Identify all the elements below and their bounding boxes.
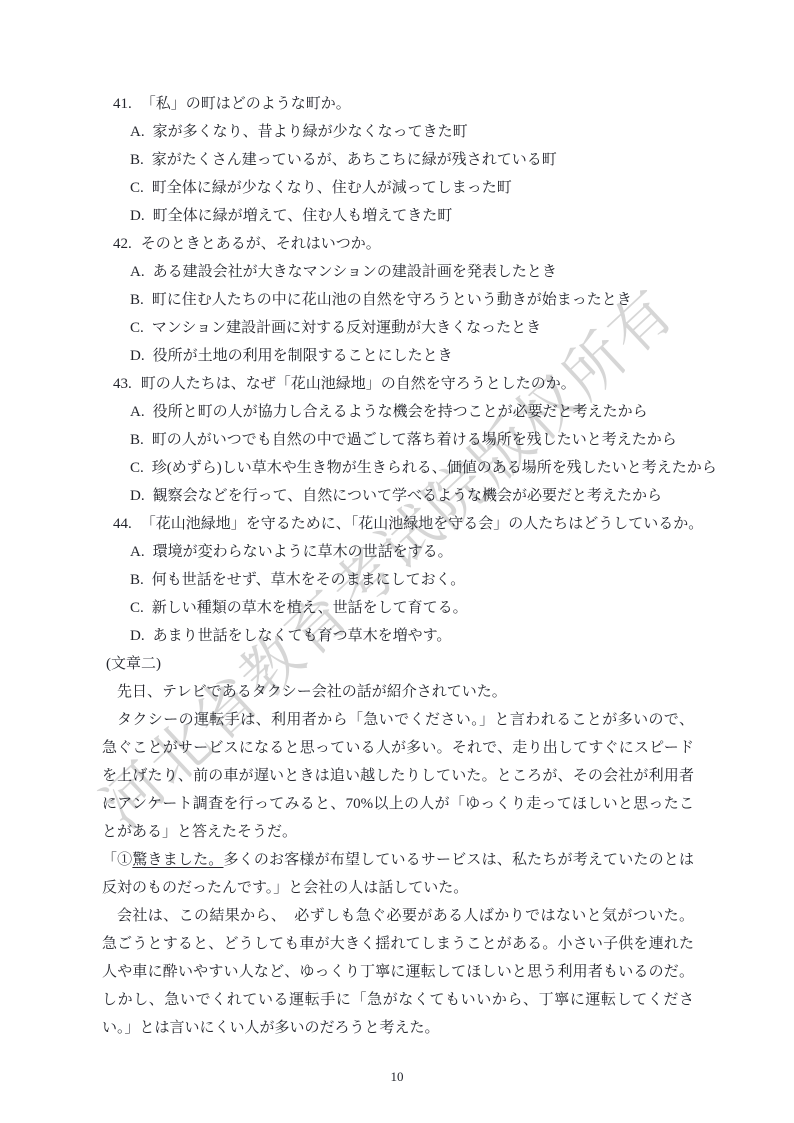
option-text: ある建設会社が大きなマンションの建設計画を発表したとき (153, 264, 557, 280)
option-label: D. (130, 348, 145, 364)
option-label: D. (130, 628, 145, 644)
passage-paragraph-2: タクシーの運転手は、利用者から「急いでください。」と言われることが多いので、急ぐ… (102, 706, 694, 846)
option-row: C.新しい種類の草木を植え、世話をして育てる。 (130, 594, 694, 622)
option-text: 役所と町の人が協力し合えるような機会を持つことが必要だと考えたから (153, 404, 648, 420)
option-label: D. (130, 208, 145, 224)
passage-paragraph-quote: 「①驚きました。多くのお客様が布望しているサービスは、私たちが考えていたのとは反… (102, 846, 694, 902)
question-text: 町の人たちは、なぜ「花山池緑地」の自然を守ろうとしたのか。 (141, 376, 576, 392)
option-text: 町全体に緑が少なくなり、住む人が減ってしまった町 (152, 180, 512, 196)
page-number: 10 (0, 1069, 794, 1085)
option-row: D.観察会などを行って、自然について学べるような機会が必要だと考えたから (130, 482, 694, 510)
passage-paragraph-1: 先日、テレビであるタクシー会社の話が紹介されていた。 (102, 678, 694, 706)
option-row: A.ある建設会社が大きなマンションの建設計画を発表したとき (130, 258, 694, 286)
option-text: 何も世話をせず、草木をそのままにしておく。 (152, 572, 466, 588)
option-text: 新しい種類の草木を植え、世話をして育てる。 (152, 600, 468, 616)
option-label: C. (130, 180, 144, 196)
option-row: A.役所と町の人が協力し合えるような機会を持つことが必要だと考えたから (130, 398, 694, 426)
exam-page: 河北省教育考试院版权所有 41.「私」の町はどのような町か。 A.家が多くなり、… (0, 0, 794, 1123)
option-label: A. (130, 264, 145, 280)
option-label: C. (130, 600, 144, 616)
question-number: 42. (113, 236, 132, 252)
option-label: B. (130, 152, 144, 168)
option-text: 家が多くなり、昔より緑が少なくなってきた町 (153, 124, 468, 140)
passage-section-label: (文章二) (106, 650, 694, 678)
question-number: 44. (113, 516, 132, 532)
question-41: 41.「私」の町はどのような町か。 A.家が多くなり、昔より緑が少なくなってきた… (102, 90, 694, 230)
option-row: C.マンション建設計画に対する反対運動が大きくなったとき (130, 314, 694, 342)
question-43: 43.町の人たちは、なぜ「花山池緑地」の自然を守ろうとしたのか。 A.役所と町の… (102, 370, 694, 510)
option-text: 役所が土地の利用を制限することにしたとき (153, 348, 453, 364)
option-row: B.町の人がいつでも自然の中で過ごして落ち着ける場所を残したいと考えたから (130, 426, 694, 454)
question-stem: 42.そのときとあるが、それはいつか。 (113, 230, 694, 258)
option-label: A. (130, 124, 145, 140)
option-label: C. (130, 320, 144, 336)
option-text: 珍(めずら)しい草木や生き物が生きられる、価値のある場所を残したいと考えたから (152, 460, 717, 476)
page-content: 41.「私」の町はどのような町か。 A.家が多くなり、昔より緑が少なくなってきた… (102, 90, 694, 1042)
question-text: そのときとあるが、それはいつか。 (141, 236, 381, 252)
option-row: D.役所が土地の利用を制限することにしたとき (130, 342, 694, 370)
option-label: A. (130, 544, 145, 560)
option-row: D.町全体に緑が増えて、住む人も増えてきた町 (130, 202, 694, 230)
option-row: B.何も世話をせず、草木をそのままにしておく。 (130, 566, 694, 594)
question-stem: 43.町の人たちは、なぜ「花山池緑地」の自然を守ろうとしたのか。 (113, 370, 694, 398)
option-text: 町の人がいつでも自然の中で過ごして落ち着ける場所を残したいと考えたから (152, 432, 677, 448)
question-stem: 41.「私」の町はどのような町か。 (113, 90, 694, 118)
option-label: B. (130, 292, 144, 308)
question-text: 「花山池緑地」を守るために、「花山池緑地を守る会」の人たちはどうしているか。 (141, 516, 704, 532)
option-label: B. (130, 432, 144, 448)
option-text: 環境が変わらないように草木の世話をする。 (153, 544, 453, 560)
question-text: 「私」の町はどのような町か。 (141, 96, 351, 112)
option-row: B.町に住む人たちの中に花山池の自然を守ろうという動きが始まったとき (130, 286, 694, 314)
option-row: A.環境が変わらないように草木の世話をする。 (130, 538, 694, 566)
option-row: C.珍(めずら)しい草木や生き物が生きられる、価値のある場所を残したいと考えたか… (130, 454, 694, 482)
option-text: 町に住む人たちの中に花山池の自然を守ろうという動きが始まったとき (152, 292, 632, 308)
question-44: 44.「花山池緑地」を守るために、「花山池緑地を守る会」の人たちはどうしているか… (102, 510, 694, 650)
option-row: B.家がたくさん建っているが、あちこちに緑が残されている町 (130, 146, 694, 174)
question-number: 43. (113, 376, 132, 392)
option-row: A.家が多くなり、昔より緑が少なくなってきた町 (130, 118, 694, 146)
option-label: B. (130, 572, 144, 588)
option-label: D. (130, 488, 145, 504)
option-text: あまり世話をしなくても育つ草木を増やす。 (153, 628, 452, 644)
question-42: 42.そのときとあるが、それはいつか。 A.ある建設会社が大きなマンションの建設… (102, 230, 694, 370)
underlined-phrase: 驚きました。 (132, 852, 223, 868)
option-label: C. (130, 460, 144, 476)
option-label: A. (130, 404, 145, 420)
quote-open: 「① (102, 852, 132, 868)
option-text: 町全体に緑が増えて、住む人も増えてきた町 (153, 208, 453, 224)
passage-paragraph-4: 会社は、この結果から、 必ずしも急ぐ必要がある人ばかりではないと気がついた。急ご… (102, 902, 694, 1042)
option-text: 観察会などを行って、自然について学べるような機会が必要だと考えたから (153, 488, 662, 504)
question-number: 41. (113, 96, 132, 112)
option-text: 家がたくさん建っているが、あちこちに緑が残されている町 (152, 152, 557, 168)
option-text: マンション建設計画に対する反対運動が大きくなったとき (152, 320, 541, 336)
question-stem: 44.「花山池緑地」を守るために、「花山池緑地を守る会」の人たちはどうしているか… (113, 510, 694, 538)
option-row: C.町全体に緑が少なくなり、住む人が減ってしまった町 (130, 174, 694, 202)
option-row: D.あまり世話をしなくても育つ草木を増やす。 (130, 622, 694, 650)
